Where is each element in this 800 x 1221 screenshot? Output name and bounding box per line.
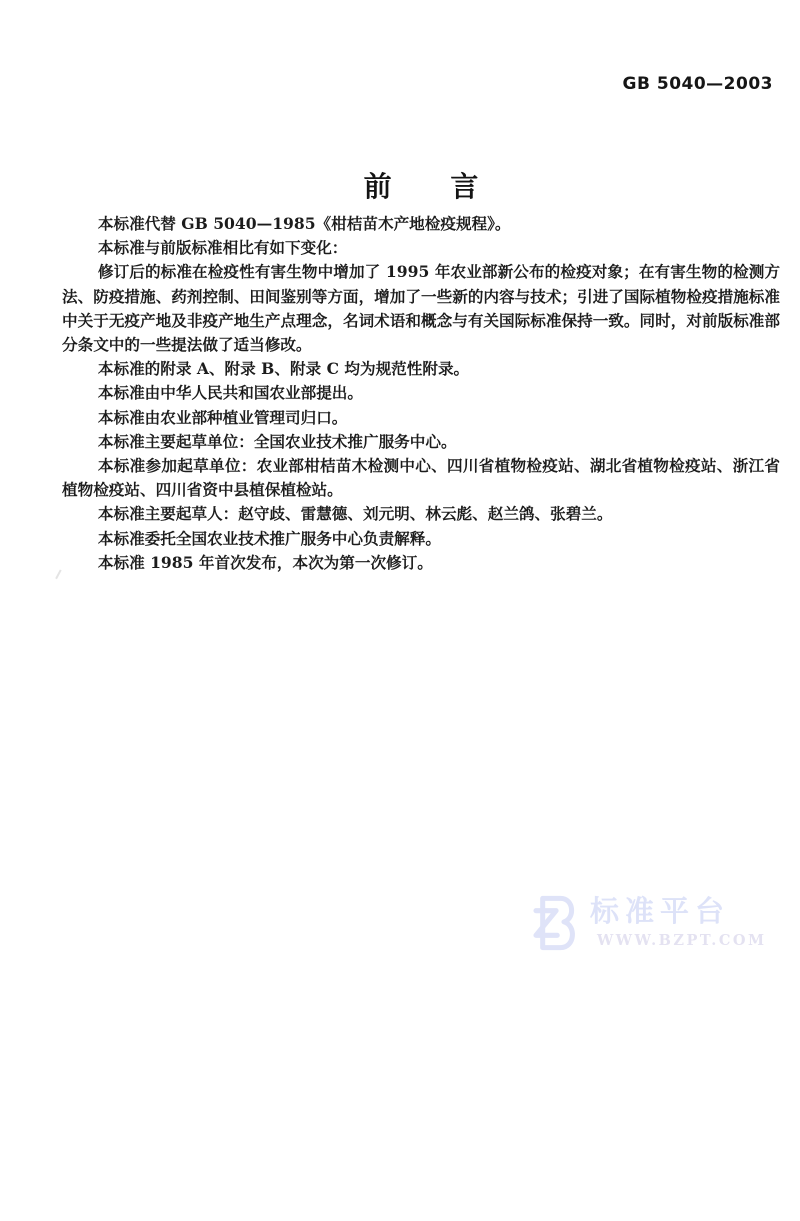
watermark: 标准平台 WWW.BZPT.COM (527, 893, 767, 953)
bzpt-logo-icon (527, 893, 583, 953)
foreword-paragraph: 本标准代替 GB 5040—1985《柑桔苗木产地检疫规程》。 (62, 212, 780, 236)
foreword-paragraph: 本标准 1985 年首次发布，本次为第一次修订。 (62, 551, 780, 575)
foreword-paragraph: 本标准的附录 A、附录 B、附录 C 均为规范性附录。 (62, 357, 780, 381)
foreword-paragraph: 本标准主要起草单位：全国农业技术推广服务中心。 (62, 430, 780, 454)
watermark-text: 标准平台 WWW.BZPT.COM (590, 893, 767, 949)
foreword-paragraph: 本标准委托全国农业技术推广服务中心负责解释。 (62, 527, 780, 551)
foreword-paragraph: 本标准与前版标准相比有如下变化： (62, 236, 780, 260)
foreword-paragraph: 本标准参加起草单位：农业部柑桔苗木检测中心、四川省植物检疫站、湖北省植物检疫站、… (62, 454, 780, 502)
foreword-body: 本标准代替 GB 5040—1985《柑桔苗木产地检疫规程》。 本标准与前版标准… (62, 212, 780, 575)
watermark-brand: 标准平台 (590, 896, 767, 926)
foreword-paragraph: 本标准由中华人民共和国农业部提出。 (62, 381, 780, 405)
document-page: GB 5040—2003 前言 本标准代替 GB 5040—1985《柑桔苗木产… (0, 0, 800, 1221)
watermark-url: WWW.BZPT.COM (590, 932, 767, 949)
standard-number: GB 5040—2003 (623, 74, 773, 94)
foreword-paragraph: 修订后的标准在检疫性有害生物中增加了 1995 年农业部新公布的检疫对象；在有害… (62, 260, 780, 357)
page-title: 前言 (364, 165, 538, 205)
foreword-paragraph: 本标准由农业部种植业管理司归口。 (62, 406, 780, 430)
foreword-paragraph: 本标准主要起草人：赵守歧、雷慧德、刘元明、林云彪、赵兰鸽、张碧兰。 (62, 502, 780, 526)
